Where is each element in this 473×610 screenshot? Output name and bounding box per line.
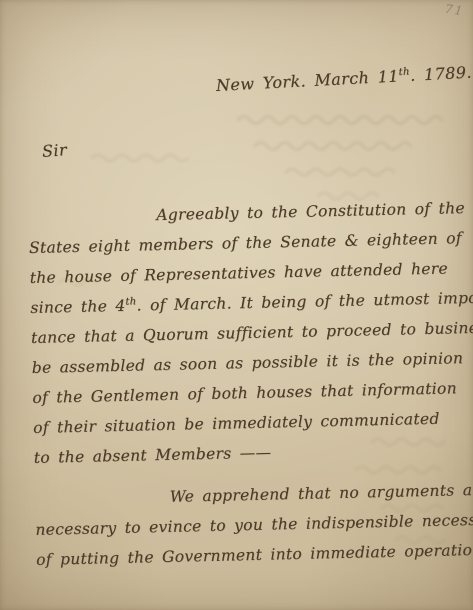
line-text: . of March. It being of the utmost impor xyxy=(136,289,473,315)
paragraph-1: Agreeably to the Constitution of the Uni… xyxy=(28,193,472,473)
salutation: Sir xyxy=(41,140,67,161)
paragraph-2: We apprehend that no arguments are neces… xyxy=(34,475,473,575)
letter-body: Agreeably to the Constitution of the Uni… xyxy=(28,193,473,575)
line-text: since the 4 xyxy=(30,297,126,317)
archival-page-number: 71 xyxy=(444,2,465,19)
ordinal-suffix: th xyxy=(125,296,136,307)
dateline-text: New York. March 11 xyxy=(216,66,400,95)
dateline-year: . 1789. xyxy=(410,63,473,85)
dateline: New York. March 11th. 1789. xyxy=(216,63,473,95)
letter-page: 71 New York. March 11th. 1789. Sir Agree… xyxy=(0,0,473,610)
